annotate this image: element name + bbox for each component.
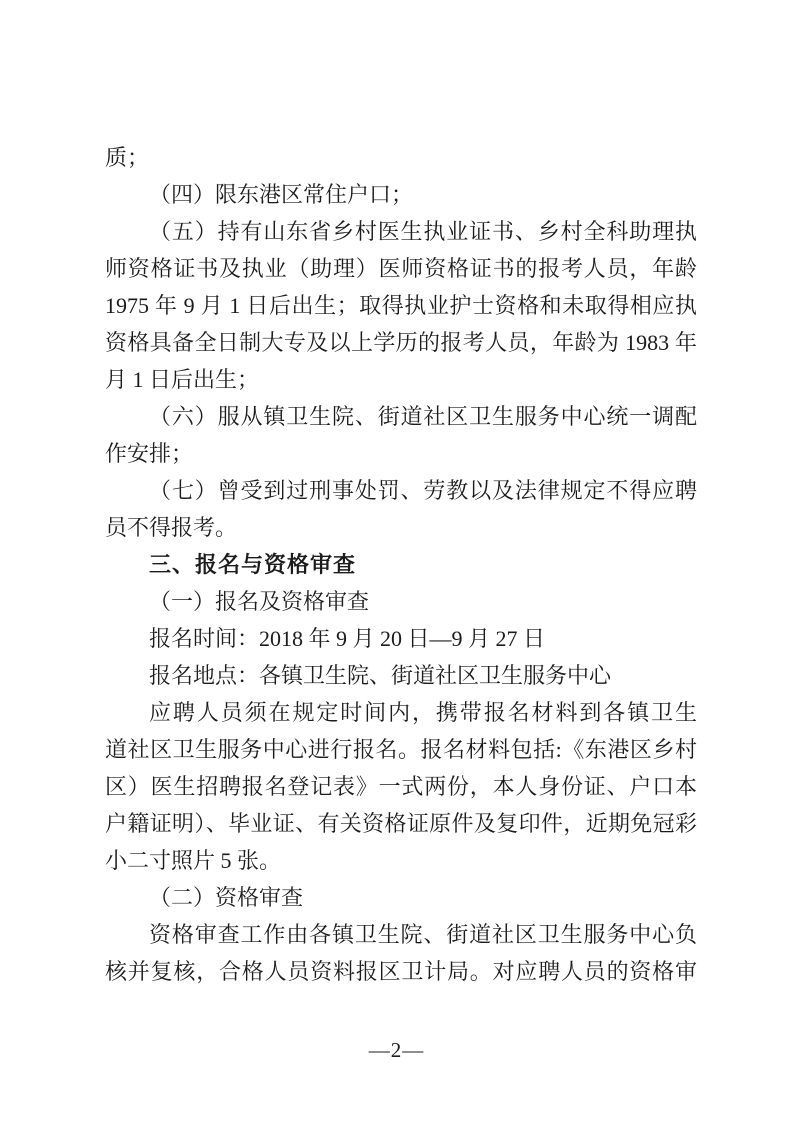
- text-line: 质；: [105, 139, 697, 176]
- text-line: 小二寸照片 5 张。: [105, 842, 697, 879]
- text-line: （六）服从镇卫生院、街道社区卫生服务中心统一调配和工: [105, 398, 697, 435]
- page-number: —2—: [0, 1038, 793, 1063]
- text-line: 作安排；: [105, 435, 697, 472]
- text-line: （七）曾受到过刑事处罚、劳教以及法律规定不得应聘的人: [105, 472, 697, 509]
- text-line: 月 1 日后出生；: [105, 361, 697, 398]
- text-line: 应聘人员须在规定时间内，携带报名材料到各镇卫生院、街: [105, 694, 697, 731]
- text-line: （四）限东港区常住户口；: [105, 176, 697, 213]
- text-line: 区）医生招聘报名登记表》一式两份，本人身份证、户口本（或: [105, 768, 697, 805]
- text-line: 报名地点：各镇卫生院、街道社区卫生服务中心: [105, 657, 697, 694]
- text-line: 道社区卫生服务中心进行报名。报名材料包括:《东港区乡村（社: [105, 731, 697, 768]
- text-line: 资格具备全日制大专及以上学历的报考人员，年龄为 1983 年 9: [105, 324, 697, 361]
- text-line: 核并复核，合格人员资料报区卫计局。对应聘人员的资格审查工: [105, 953, 697, 990]
- text-line: 资格审查工作由各镇卫生院、街道社区卫生服务中心负责审: [105, 916, 697, 953]
- text-line: （五）持有山东省乡村医生执业证书、乡村全科助理执业医: [105, 213, 697, 250]
- section-heading: 三、报名与资格审查: [105, 546, 697, 583]
- text-line: 户籍证明）、毕业证、有关资格证原件及复印件，近期免冠彩色: [105, 805, 697, 842]
- text-line: （一）报名及资格审查: [105, 583, 697, 620]
- text-line: 1975 年 9 月 1 日后出生；取得执业护士资格和未取得相应执业: [105, 287, 697, 324]
- text-line: 员不得报考。: [105, 509, 697, 546]
- text-line: 师资格证书及执业（助理）医师资格证书的报考人员，年龄为: [105, 250, 697, 287]
- text-line: （二）资格审查: [105, 879, 697, 916]
- text-line: 报名时间：2018 年 9 月 20 日—9 月 27 日: [105, 620, 697, 657]
- document-body: 质；（四）限东港区常住户口；（五）持有山东省乡村医生执业证书、乡村全科助理执业医…: [105, 139, 697, 990]
- document-page: 质；（四）限东港区常住户口；（五）持有山东省乡村医生执业证书、乡村全科助理执业医…: [0, 0, 793, 1121]
